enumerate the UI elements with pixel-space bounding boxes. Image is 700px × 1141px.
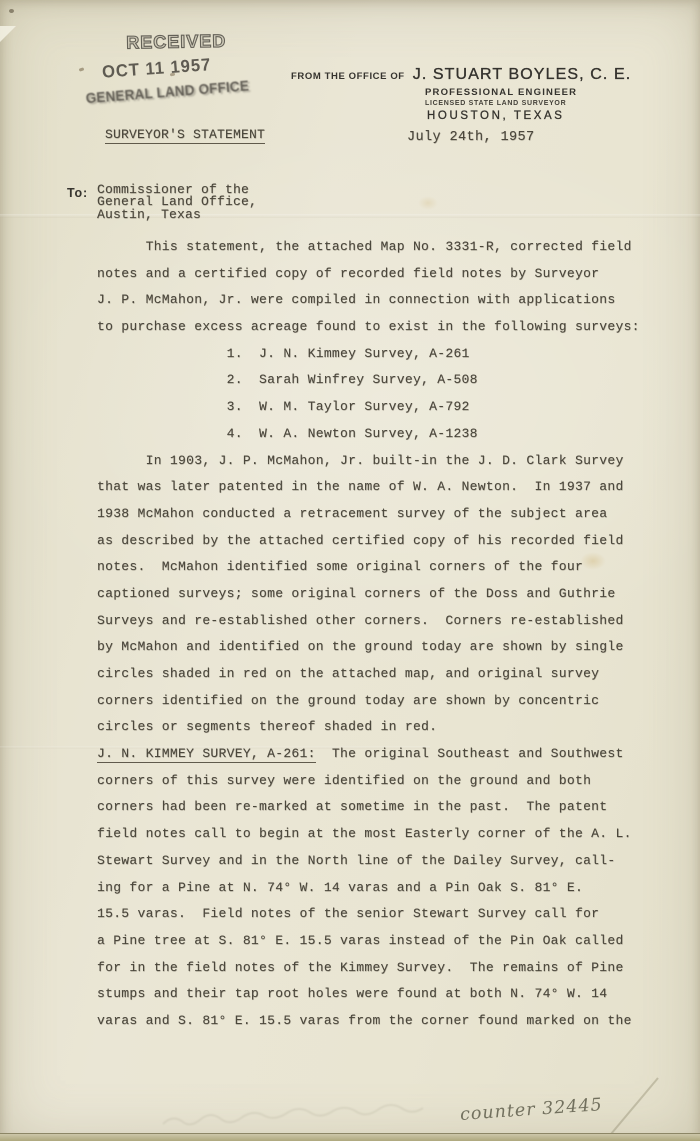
stamp-office-text: GENERAL LAND OFFICE bbox=[85, 78, 239, 107]
typed-line: ing for a Pine at N. 74° W. 14 varas and… bbox=[97, 875, 677, 902]
typed-line: 15.5 varas. Field notes of the senior St… bbox=[97, 901, 677, 928]
corner-crease bbox=[603, 1077, 659, 1141]
sheet-bottom-edge bbox=[0, 1133, 700, 1141]
letter-body: This statement, the attached Map No. 333… bbox=[97, 234, 677, 1035]
typed-line: stumps and their tap root holes were fou… bbox=[97, 981, 677, 1008]
typed-line: captioned surveys; some original corners… bbox=[97, 581, 677, 608]
recipient-line: Austin, Texas bbox=[97, 209, 257, 221]
document-page: RECEIVED OCT 11 1957 GENERAL LAND OFFICE… bbox=[0, 0, 700, 1141]
typed-line: 1938 McMahon conducted a retracement sur… bbox=[97, 501, 677, 528]
typed-line: circles shaded in red on the attached ma… bbox=[97, 661, 677, 688]
letterhead-prefix: FROM THE OFFICE OF bbox=[291, 71, 405, 82]
folded-corner bbox=[0, 26, 16, 42]
letterhead-name: J. STUART BOYLES, C. E. bbox=[413, 66, 632, 84]
typed-line: In 1903, J. P. McMahon, Jr. built-in the… bbox=[97, 448, 677, 475]
letterhead-location: HOUSTON, TEXAS bbox=[427, 110, 671, 122]
typed-line: Surveys and re-established other corners… bbox=[97, 608, 677, 635]
stamp-received-text: RECEIVED bbox=[126, 30, 254, 53]
letterhead-title-engineer: PROFESSIONAL ENGINEER bbox=[425, 87, 671, 98]
received-stamp: RECEIVED OCT 11 1957 GENERAL LAND OFFICE bbox=[84, 30, 256, 107]
counter-annotation: counter 32445 bbox=[459, 1095, 603, 1125]
typed-line: The original Southeast and Southwest bbox=[316, 746, 624, 761]
survey-list-item: 4. W. A. Newton Survey, A-1238 bbox=[97, 421, 677, 448]
typed-line: Stewart Survey and in the North line of … bbox=[97, 848, 677, 875]
typed-line: that was later patented in the name of W… bbox=[97, 474, 677, 501]
survey-list-item: 2. Sarah Winfrey Survey, A-508 bbox=[97, 367, 677, 394]
document-title: SURVEYOR'S STATEMENT bbox=[105, 127, 265, 142]
survey-list-item: 1. J. N. Kimmey Survey, A-261 bbox=[97, 341, 677, 368]
ink-speck bbox=[9, 9, 14, 13]
kimmey-section-heading-line: J. N. KIMMEY SURVEY, A-261: The original… bbox=[97, 741, 677, 768]
letterhead-title-surveyor: LICENSED STATE LAND SURVEYOR bbox=[425, 100, 671, 107]
typed-line: corners of this survey were identified o… bbox=[97, 768, 677, 795]
typed-line: varas and S. 81° E. 15.5 varas from the … bbox=[97, 1008, 677, 1035]
typed-line: notes. McMahon identified some original … bbox=[97, 554, 677, 581]
staple-mark bbox=[79, 67, 85, 71]
to-label: To: bbox=[67, 186, 88, 200]
survey-list-item: 3. W. M. Taylor Survey, A-792 bbox=[97, 394, 677, 421]
date-line: July 24th, 1957 bbox=[407, 130, 535, 145]
letterhead: FROM THE OFFICE OF J. STUART BOYLES, C. … bbox=[291, 66, 671, 122]
stamp-date-text: OCT 11 1957 bbox=[101, 52, 247, 83]
typed-line: by McMahon and identified on the ground … bbox=[97, 634, 677, 661]
typed-line: to purchase excess acreage found to exis… bbox=[97, 314, 677, 341]
ink-bleed-through bbox=[158, 1102, 438, 1132]
typed-line: notes and a certified copy of recorded f… bbox=[97, 261, 677, 288]
foxing-spot bbox=[418, 196, 438, 210]
typed-line: as described by the attached certified c… bbox=[97, 528, 677, 555]
typed-line: J. P. McMahon, Jr. were compiled in conn… bbox=[97, 287, 677, 314]
typed-line: for in the field notes of the Kimmey Sur… bbox=[97, 955, 677, 982]
typed-line: This statement, the attached Map No. 333… bbox=[97, 234, 677, 261]
typed-line: a Pine tree at S. 81° E. 15.5 varas inst… bbox=[97, 928, 677, 955]
kimmey-section-heading: J. N. KIMMEY SURVEY, A-261: bbox=[97, 746, 316, 763]
typed-line: corners had been re-marked at sometime i… bbox=[97, 794, 677, 821]
recipient-address: Commissioner of the General Land Office,… bbox=[97, 184, 257, 221]
typed-line: corners identified on the ground today a… bbox=[97, 688, 677, 715]
typed-line: field notes call to begin at the most Ea… bbox=[97, 821, 677, 848]
typed-line: circles or segments thereof shaded in re… bbox=[97, 714, 677, 741]
